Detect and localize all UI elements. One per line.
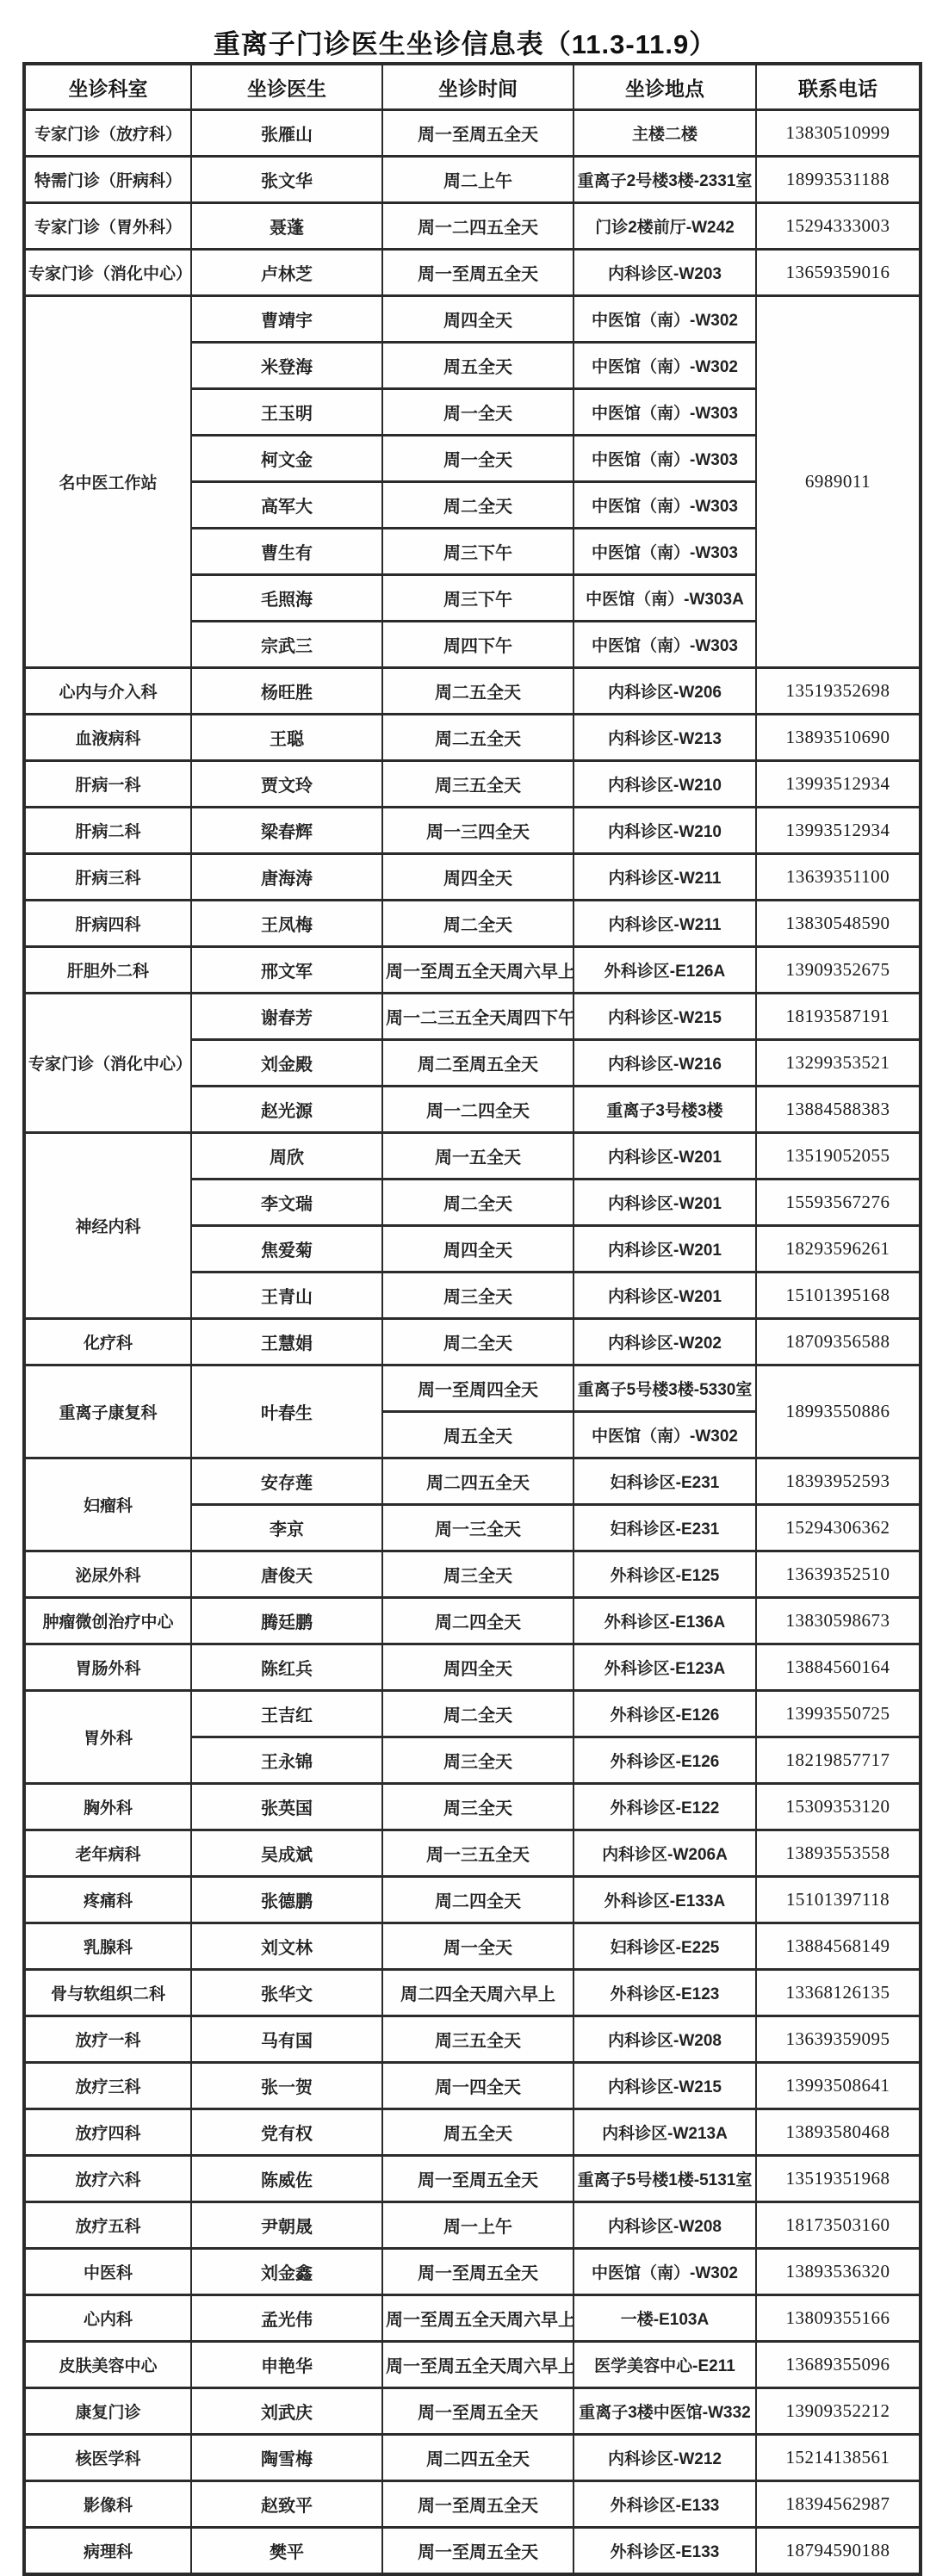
dept-cell: 肝病一科 bbox=[24, 761, 191, 808]
phone-cell: 13830548590 bbox=[756, 901, 921, 947]
header-row: 坐诊科室坐诊医生坐诊时间坐诊地点联系电话 bbox=[24, 64, 921, 110]
dept-cell: 皮肤美容中心 bbox=[24, 2342, 191, 2388]
location-cell: 内科诊区-W201 bbox=[573, 1133, 756, 1180]
phone-cell: 13689355096 bbox=[756, 2342, 921, 2388]
table-row: 化疗科王慧娟周二全天内科诊区-W20218709356588 bbox=[24, 1319, 921, 1365]
phone-cell: 18219857717 bbox=[756, 1737, 921, 1784]
location-cell: 内科诊区-W211 bbox=[573, 854, 756, 901]
table-row: 重离子康复科叶春生周一至周四全天重离子5号楼3楼-5330室1899355088… bbox=[24, 1365, 921, 1412]
time-cell: 周三下午 bbox=[382, 575, 573, 622]
time-cell: 周一二四全天 bbox=[382, 1087, 573, 1133]
time-cell: 周一三全天 bbox=[382, 1505, 573, 1551]
location-cell: 内科诊区-W201 bbox=[573, 1226, 756, 1273]
dept-cell: 放疗五科 bbox=[24, 2202, 191, 2249]
time-cell: 周二全天 bbox=[382, 482, 573, 529]
doctor-cell: 王聪 bbox=[191, 715, 382, 761]
phone-cell: 13993512934 bbox=[756, 761, 921, 808]
doctor-cell: 刘文林 bbox=[191, 1923, 382, 1970]
doctor-cell: 尹朝晟 bbox=[191, 2202, 382, 2249]
dept-cell: 专家门诊（放疗科） bbox=[24, 110, 191, 157]
phone-cell: 13368126135 bbox=[756, 1970, 921, 2016]
dept-cell: 胸外科 bbox=[24, 1784, 191, 1830]
column-header-phone: 联系电话 bbox=[756, 64, 921, 110]
table-row: 专家门诊（胃外科）聂蓬周一二四五全天门诊2楼前厅-W24215294333003 bbox=[24, 203, 921, 250]
phone-cell: 13884560164 bbox=[756, 1644, 921, 1691]
column-header-location: 坐诊地点 bbox=[573, 64, 756, 110]
dept-cell: 泌尿外科 bbox=[24, 1551, 191, 1598]
table-row: 胸外科张英国周三全天外科诊区-E12215309353120 bbox=[24, 1784, 921, 1830]
phone-cell: 13884568149 bbox=[756, 1923, 921, 1970]
time-cell: 周二全天 bbox=[382, 1319, 573, 1365]
table-row: 疼痛科张德鹏周二四全天外科诊区-E133A15101397118 bbox=[24, 1877, 921, 1923]
dept-cell: 肝病二科 bbox=[24, 808, 191, 854]
table-row: 放疗三科张一贺周一四全天内科诊区-W21513993508641 bbox=[24, 2063, 921, 2109]
table-row: 名中医工作站曹靖宇周四全天中医馆（南）-W3026989011 bbox=[24, 296, 921, 343]
location-cell: 内科诊区-W208 bbox=[573, 2016, 756, 2063]
page: { "title": "重离子门诊医生坐诊信息表（11.3-11.9）", "t… bbox=[0, 0, 930, 2576]
doctor-cell: 樊平 bbox=[191, 2528, 382, 2575]
phone-cell: 13993508641 bbox=[756, 2063, 921, 2109]
location-cell: 内科诊区-W210 bbox=[573, 761, 756, 808]
doctor-cell: 王慧娟 bbox=[191, 1319, 382, 1365]
dept-cell: 肿瘤微创治疗中心 bbox=[24, 1598, 191, 1644]
time-cell: 周二全天 bbox=[382, 1180, 573, 1226]
doctor-cell: 唐俊天 bbox=[191, 1551, 382, 1598]
table-row: 皮肤美容中心申艳华周一至周五全天周六早上医学美容中心-E211136893550… bbox=[24, 2342, 921, 2388]
dept-cell: 肝病四科 bbox=[24, 901, 191, 947]
table-row: 老年病科吴成斌周一三五全天内科诊区-W206A13893553558 bbox=[24, 1830, 921, 1877]
time-cell: 周一四全天 bbox=[382, 2063, 573, 2109]
doctor-cell: 柯文金 bbox=[191, 436, 382, 482]
doctor-cell: 曹靖宇 bbox=[191, 296, 382, 343]
phone-cell: 18394562987 bbox=[756, 2481, 921, 2528]
phone-cell: 15294333003 bbox=[756, 203, 921, 250]
table-row: 肝病二科梁春辉周一三四全天内科诊区-W21013993512934 bbox=[24, 808, 921, 854]
time-cell: 周一至周五全天 bbox=[382, 2388, 573, 2435]
doctor-cell: 安存莲 bbox=[191, 1458, 382, 1505]
time-cell: 周一二三五全天周四下午 bbox=[382, 994, 573, 1040]
table-row: 特需门诊（肝病科）张文华周二上午重离子2号楼3楼-2331室1899353118… bbox=[24, 157, 921, 203]
dept-cell: 中医科 bbox=[24, 2249, 191, 2295]
doctor-cell: 陈红兵 bbox=[191, 1644, 382, 1691]
dept-cell: 胃外科 bbox=[24, 1691, 191, 1784]
location-cell: 中医馆（南）-W303 bbox=[573, 482, 756, 529]
dept-cell: 专家门诊（消化中心） bbox=[24, 250, 191, 296]
time-cell: 周一全天 bbox=[382, 389, 573, 436]
phone-cell: 13639359095 bbox=[756, 2016, 921, 2063]
column-header-dept: 坐诊科室 bbox=[24, 64, 191, 110]
location-cell: 外科诊区-E133A bbox=[573, 1877, 756, 1923]
doctor-cell: 叶春生 bbox=[191, 1365, 382, 1458]
dept-cell: 神经内科 bbox=[24, 1133, 191, 1319]
phone-cell: 13893580468 bbox=[756, 2109, 921, 2156]
doctor-cell: 张英国 bbox=[191, 1784, 382, 1830]
column-header-time: 坐诊时间 bbox=[382, 64, 573, 110]
dept-cell: 核医学科 bbox=[24, 2435, 191, 2481]
dept-cell: 血液病科 bbox=[24, 715, 191, 761]
location-cell: 医学美容中心-E211 bbox=[573, 2342, 756, 2388]
table-row: 肝胆外二科邢文军周一至周五全天周六早上外科诊区-E126A13909352675 bbox=[24, 947, 921, 994]
phone-cell: 13809355166 bbox=[756, 2295, 921, 2342]
time-cell: 周二四全天 bbox=[382, 1877, 573, 1923]
doctor-cell: 唐海涛 bbox=[191, 854, 382, 901]
phone-cell: 6989011 bbox=[756, 296, 921, 668]
location-cell: 内科诊区-W208 bbox=[573, 2202, 756, 2249]
doctor-cell: 张德鹏 bbox=[191, 1877, 382, 1923]
time-cell: 周二五全天 bbox=[382, 668, 573, 715]
time-cell: 周一全天 bbox=[382, 436, 573, 482]
table-row: 心内科孟光伟周一至周五全天周六早上一楼-E103A13809355166 bbox=[24, 2295, 921, 2342]
phone-cell: 13893536320 bbox=[756, 2249, 921, 2295]
table-row: 核医学科陶雪梅周二四五全天内科诊区-W21215214138561 bbox=[24, 2435, 921, 2481]
location-cell: 中医馆（南）-W303 bbox=[573, 389, 756, 436]
doctor-cell: 马有国 bbox=[191, 2016, 382, 2063]
dept-cell: 疼痛科 bbox=[24, 1877, 191, 1923]
table-row: 肝病四科王凤梅周二全天内科诊区-W21113830548590 bbox=[24, 901, 921, 947]
phone-cell: 18993550886 bbox=[756, 1365, 921, 1458]
column-header-doctor: 坐诊医生 bbox=[191, 64, 382, 110]
time-cell: 周二四五全天 bbox=[382, 1458, 573, 1505]
location-cell: 外科诊区-E123 bbox=[573, 1970, 756, 2016]
doctor-cell: 宗武三 bbox=[191, 622, 382, 668]
dept-cell: 重离子康复科 bbox=[24, 1365, 191, 1458]
time-cell: 周一三五全天 bbox=[382, 1830, 573, 1877]
dept-cell: 特需门诊（肝病科） bbox=[24, 157, 191, 203]
doctor-cell: 陈威佐 bbox=[191, 2156, 382, 2202]
time-cell: 周四全天 bbox=[382, 1226, 573, 1273]
table-row: 妇瘤科安存莲周二四五全天妇科诊区-E23118393952593 bbox=[24, 1458, 921, 1505]
phone-cell: 15101397118 bbox=[756, 1877, 921, 1923]
table-row: 肝病一科贾文玲周三五全天内科诊区-W21013993512934 bbox=[24, 761, 921, 808]
location-cell: 一楼-E103A bbox=[573, 2295, 756, 2342]
location-cell: 内科诊区-W215 bbox=[573, 994, 756, 1040]
dept-cell: 肝胆外二科 bbox=[24, 947, 191, 994]
phone-cell: 13909352212 bbox=[756, 2388, 921, 2435]
table-row: 康复门诊刘武庆周一至周五全天重离子3楼中医馆-W33213909352212 bbox=[24, 2388, 921, 2435]
phone-cell: 15294306362 bbox=[756, 1505, 921, 1551]
doctor-cell: 张文华 bbox=[191, 157, 382, 203]
doctor-cell: 焦爱菊 bbox=[191, 1226, 382, 1273]
location-cell: 内科诊区-W212 bbox=[573, 2435, 756, 2481]
doctor-cell: 高军大 bbox=[191, 482, 382, 529]
table-row: 骨与软组织二科张华文周二四全天周六早上外科诊区-E12313368126135 bbox=[24, 1970, 921, 2016]
phone-cell: 13639352510 bbox=[756, 1551, 921, 1598]
location-cell: 重离子3楼中医馆-W332 bbox=[573, 2388, 756, 2435]
phone-cell: 15309353120 bbox=[756, 1784, 921, 1830]
table-row: 专家门诊（放疗科）张雁山周一至周五全天主楼二楼13830510999 bbox=[24, 110, 921, 157]
time-cell: 周二上午 bbox=[382, 157, 573, 203]
table-row: 血液病科王聪周二五全天内科诊区-W21313893510690 bbox=[24, 715, 921, 761]
doctor-cell: 刘金殿 bbox=[191, 1040, 382, 1087]
table-body: 专家门诊（放疗科）张雁山周一至周五全天主楼二楼13830510999特需门诊（肝… bbox=[24, 110, 921, 2575]
phone-cell: 18993531188 bbox=[756, 157, 921, 203]
time-cell: 周三全天 bbox=[382, 1273, 573, 1319]
doctor-cell: 周欣 bbox=[191, 1133, 382, 1180]
doctor-cell: 聂蓬 bbox=[191, 203, 382, 250]
doctor-cell: 贾文玲 bbox=[191, 761, 382, 808]
dept-cell: 老年病科 bbox=[24, 1830, 191, 1877]
time-cell: 周三全天 bbox=[382, 1784, 573, 1830]
dept-cell: 胃肠外科 bbox=[24, 1644, 191, 1691]
doctor-cell: 吴成斌 bbox=[191, 1830, 382, 1877]
phone-cell: 13830598673 bbox=[756, 1598, 921, 1644]
dept-cell: 专家门诊（胃外科） bbox=[24, 203, 191, 250]
location-cell: 外科诊区-E133 bbox=[573, 2481, 756, 2528]
time-cell: 周四全天 bbox=[382, 296, 573, 343]
location-cell: 内科诊区-W213A bbox=[573, 2109, 756, 2156]
dept-cell: 专家门诊（消化中心） bbox=[24, 994, 191, 1133]
dept-cell: 放疗六科 bbox=[24, 2156, 191, 2202]
doctor-cell: 梁春辉 bbox=[191, 808, 382, 854]
location-cell: 中医馆（南）-W302 bbox=[573, 296, 756, 343]
table-row: 泌尿外科唐俊天周三全天外科诊区-E12513639352510 bbox=[24, 1551, 921, 1598]
location-cell: 中医馆（南）-W303 bbox=[573, 622, 756, 668]
location-cell: 内科诊区-W211 bbox=[573, 901, 756, 947]
location-cell: 中医馆（南）-W302 bbox=[573, 1412, 756, 1458]
dept-cell: 肝病三科 bbox=[24, 854, 191, 901]
dept-cell: 放疗四科 bbox=[24, 2109, 191, 2156]
doctor-cell: 李文瑞 bbox=[191, 1180, 382, 1226]
time-cell: 周三五全天 bbox=[382, 2016, 573, 2063]
time-cell: 周一至周五全天 bbox=[382, 2481, 573, 2528]
phone-cell: 15214138561 bbox=[756, 2435, 921, 2481]
dept-cell: 病理科 bbox=[24, 2528, 191, 2575]
table-row: 专家门诊（消化中心）卢林芝周一至周五全天内科诊区-W20313659359016 bbox=[24, 250, 921, 296]
time-cell: 周一五全天 bbox=[382, 1133, 573, 1180]
time-cell: 周一至周五全天 bbox=[382, 110, 573, 157]
location-cell: 重离子2号楼3楼-2331室 bbox=[573, 157, 756, 203]
location-cell: 外科诊区-E126 bbox=[573, 1737, 756, 1784]
location-cell: 内科诊区-W210 bbox=[573, 808, 756, 854]
location-cell: 内科诊区-W202 bbox=[573, 1319, 756, 1365]
time-cell: 周一二四五全天 bbox=[382, 203, 573, 250]
time-cell: 周二全天 bbox=[382, 1691, 573, 1737]
phone-cell: 15101395168 bbox=[756, 1273, 921, 1319]
schedule-table: 坐诊科室坐诊医生坐诊时间坐诊地点联系电话 专家门诊（放疗科）张雁山周一至周五全天… bbox=[22, 62, 922, 2576]
time-cell: 周一至周五全天周六早上 bbox=[382, 2342, 573, 2388]
dept-cell: 妇瘤科 bbox=[24, 1458, 191, 1551]
dept-cell: 心内与介入科 bbox=[24, 668, 191, 715]
location-cell: 外科诊区-E126 bbox=[573, 1691, 756, 1737]
dept-cell: 影像科 bbox=[24, 2481, 191, 2528]
phone-cell: 13519351968 bbox=[756, 2156, 921, 2202]
location-cell: 内科诊区-W203 bbox=[573, 250, 756, 296]
location-cell: 中医馆（南）-W303 bbox=[573, 529, 756, 575]
phone-cell: 13884588383 bbox=[756, 1087, 921, 1133]
phone-cell: 18173503160 bbox=[756, 2202, 921, 2249]
dept-cell: 骨与软组织二科 bbox=[24, 1970, 191, 2016]
time-cell: 周二五全天 bbox=[382, 715, 573, 761]
location-cell: 重离子5号楼3楼-5330室 bbox=[573, 1365, 756, 1412]
time-cell: 周一上午 bbox=[382, 2202, 573, 2249]
time-cell: 周一至周五全天 bbox=[382, 2528, 573, 2575]
time-cell: 周三五全天 bbox=[382, 761, 573, 808]
time-cell: 周三全天 bbox=[382, 1737, 573, 1784]
dept-cell: 放疗一科 bbox=[24, 2016, 191, 2063]
phone-cell: 13993512934 bbox=[756, 808, 921, 854]
doctor-cell: 刘金鑫 bbox=[191, 2249, 382, 2295]
table-row: 放疗六科陈威佐周一至周五全天重离子5号楼1楼-5131室13519351968 bbox=[24, 2156, 921, 2202]
phone-cell: 13909352675 bbox=[756, 947, 921, 994]
phone-cell: 13299353521 bbox=[756, 1040, 921, 1087]
time-cell: 周一三四全天 bbox=[382, 808, 573, 854]
doctor-cell: 腾廷鹏 bbox=[191, 1598, 382, 1644]
time-cell: 周一至周五全天周六早上 bbox=[382, 947, 573, 994]
table-row: 影像科赵致平周一至周五全天外科诊区-E13318394562987 bbox=[24, 2481, 921, 2528]
phone-cell: 18293596261 bbox=[756, 1226, 921, 1273]
location-cell: 外科诊区-E133 bbox=[573, 2528, 756, 2575]
location-cell: 重离子3号楼3楼 bbox=[573, 1087, 756, 1133]
table-row: 胃外科王吉红周二全天外科诊区-E12613993550725 bbox=[24, 1691, 921, 1737]
time-cell: 周一全天 bbox=[382, 1923, 573, 1970]
page-title: 重离子门诊医生坐诊信息表（11.3-11.9） bbox=[0, 0, 930, 62]
location-cell: 中医馆（南）-W303 bbox=[573, 436, 756, 482]
time-cell: 周二至周五全天 bbox=[382, 1040, 573, 1087]
doctor-cell: 党有权 bbox=[191, 2109, 382, 2156]
location-cell: 内科诊区-W201 bbox=[573, 1273, 756, 1319]
table-row: 专家门诊（消化中心）谢春芳周一二三五全天周四下午内科诊区-W2151819358… bbox=[24, 994, 921, 1040]
time-cell: 周五全天 bbox=[382, 343, 573, 389]
doctor-cell: 张雁山 bbox=[191, 110, 382, 157]
location-cell: 中医馆（南）-W302 bbox=[573, 343, 756, 389]
doctor-cell: 张一贺 bbox=[191, 2063, 382, 2109]
location-cell: 中医馆（南）-W303A bbox=[573, 575, 756, 622]
doctor-cell: 刘武庆 bbox=[191, 2388, 382, 2435]
time-cell: 周四下午 bbox=[382, 622, 573, 668]
phone-cell: 18794590188 bbox=[756, 2528, 921, 2575]
table-row: 乳腺科刘文林周一全天妇科诊区-E22513884568149 bbox=[24, 1923, 921, 1970]
location-cell: 外科诊区-E136A bbox=[573, 1598, 756, 1644]
table-row: 心内与介入科杨旺胜周二五全天内科诊区-W20613519352698 bbox=[24, 668, 921, 715]
phone-cell: 18193587191 bbox=[756, 994, 921, 1040]
doctor-cell: 李京 bbox=[191, 1505, 382, 1551]
table-row: 病理科樊平周一至周五全天外科诊区-E13318794590188 bbox=[24, 2528, 921, 2575]
time-cell: 周三全天 bbox=[382, 1551, 573, 1598]
dept-cell: 乳腺科 bbox=[24, 1923, 191, 1970]
doctor-cell: 米登海 bbox=[191, 343, 382, 389]
phone-cell: 13519352698 bbox=[756, 668, 921, 715]
table-row: 放疗一科马有国周三五全天内科诊区-W20813639359095 bbox=[24, 2016, 921, 2063]
dept-cell: 化疗科 bbox=[24, 1319, 191, 1365]
time-cell: 周四全天 bbox=[382, 1644, 573, 1691]
phone-cell: 13639351100 bbox=[756, 854, 921, 901]
time-cell: 周二四全天 bbox=[382, 1598, 573, 1644]
time-cell: 周一至周五全天 bbox=[382, 2249, 573, 2295]
doctor-cell: 王永锦 bbox=[191, 1737, 382, 1784]
phone-cell: 13659359016 bbox=[756, 250, 921, 296]
doctor-cell: 王吉红 bbox=[191, 1691, 382, 1737]
table-row: 肿瘤微创治疗中心腾廷鹏周二四全天外科诊区-E136A13830598673 bbox=[24, 1598, 921, 1644]
doctor-cell: 邢文军 bbox=[191, 947, 382, 994]
time-cell: 周五全天 bbox=[382, 2109, 573, 2156]
doctor-cell: 申艳华 bbox=[191, 2342, 382, 2388]
table-row: 中医科刘金鑫周一至周五全天中医馆（南）-W30213893536320 bbox=[24, 2249, 921, 2295]
dept-cell: 康复门诊 bbox=[24, 2388, 191, 2435]
table-row: 放疗四科党有权周五全天内科诊区-W213A13893580468 bbox=[24, 2109, 921, 2156]
location-cell: 重离子5号楼1楼-5131室 bbox=[573, 2156, 756, 2202]
location-cell: 外科诊区-E125 bbox=[573, 1551, 756, 1598]
phone-cell: 13993550725 bbox=[756, 1691, 921, 1737]
phone-cell: 13893510690 bbox=[756, 715, 921, 761]
time-cell: 周三下午 bbox=[382, 529, 573, 575]
doctor-cell: 王玉明 bbox=[191, 389, 382, 436]
doctor-cell: 陶雪梅 bbox=[191, 2435, 382, 2481]
table-row: 胃肠外科陈红兵周四全天外科诊区-E123A13884560164 bbox=[24, 1644, 921, 1691]
location-cell: 外科诊区-E126A bbox=[573, 947, 756, 994]
doctor-cell: 毛照海 bbox=[191, 575, 382, 622]
table-row: 肝病三科唐海涛周四全天内科诊区-W21113639351100 bbox=[24, 854, 921, 901]
time-cell: 周二全天 bbox=[382, 901, 573, 947]
location-cell: 内科诊区-W216 bbox=[573, 1040, 756, 1087]
location-cell: 中医馆（南）-W302 bbox=[573, 2249, 756, 2295]
doctor-cell: 王青山 bbox=[191, 1273, 382, 1319]
location-cell: 外科诊区-E122 bbox=[573, 1784, 756, 1830]
location-cell: 外科诊区-E123A bbox=[573, 1644, 756, 1691]
phone-cell: 18393952593 bbox=[756, 1458, 921, 1505]
doctor-cell: 卢林芝 bbox=[191, 250, 382, 296]
time-cell: 周二四全天周六早上 bbox=[382, 1970, 573, 2016]
doctor-cell: 曹生有 bbox=[191, 529, 382, 575]
time-cell: 周一至周四全天 bbox=[382, 1365, 573, 1412]
time-cell: 周四全天 bbox=[382, 854, 573, 901]
doctor-cell: 杨旺胜 bbox=[191, 668, 382, 715]
phone-cell: 13519052055 bbox=[756, 1133, 921, 1180]
time-cell: 周一至周五全天 bbox=[382, 2156, 573, 2202]
phone-cell: 15593567276 bbox=[756, 1180, 921, 1226]
table-row: 神经内科周欣周一五全天内科诊区-W20113519052055 bbox=[24, 1133, 921, 1180]
dept-cell: 名中医工作站 bbox=[24, 296, 191, 668]
location-cell: 妇科诊区-E231 bbox=[573, 1505, 756, 1551]
time-cell: 周一至周五全天 bbox=[382, 250, 573, 296]
phone-cell: 18709356588 bbox=[756, 1319, 921, 1365]
location-cell: 门诊2楼前厅-W242 bbox=[573, 203, 756, 250]
doctor-cell: 谢春芳 bbox=[191, 994, 382, 1040]
location-cell: 主楼二楼 bbox=[573, 110, 756, 157]
time-cell: 周二四五全天 bbox=[382, 2435, 573, 2481]
phone-cell: 13893553558 bbox=[756, 1830, 921, 1877]
location-cell: 妇科诊区-E231 bbox=[573, 1458, 756, 1505]
location-cell: 内科诊区-W206A bbox=[573, 1830, 756, 1877]
phone-cell: 13830510999 bbox=[756, 110, 921, 157]
time-cell: 周一至周五全天周六早上 bbox=[382, 2295, 573, 2342]
doctor-cell: 王凤梅 bbox=[191, 901, 382, 947]
location-cell: 妇科诊区-E225 bbox=[573, 1923, 756, 1970]
doctor-cell: 张华文 bbox=[191, 1970, 382, 2016]
location-cell: 内科诊区-W215 bbox=[573, 2063, 756, 2109]
location-cell: 内科诊区-W201 bbox=[573, 1180, 756, 1226]
dept-cell: 放疗三科 bbox=[24, 2063, 191, 2109]
location-cell: 内科诊区-W206 bbox=[573, 668, 756, 715]
doctor-cell: 赵致平 bbox=[191, 2481, 382, 2528]
table-header-row: 坐诊科室坐诊医生坐诊时间坐诊地点联系电话 bbox=[24, 64, 921, 110]
doctor-cell: 孟光伟 bbox=[191, 2295, 382, 2342]
table-row: 放疗五科尹朝晟周一上午内科诊区-W20818173503160 bbox=[24, 2202, 921, 2249]
doctor-cell: 赵光源 bbox=[191, 1087, 382, 1133]
time-cell: 周五全天 bbox=[382, 1412, 573, 1458]
location-cell: 内科诊区-W213 bbox=[573, 715, 756, 761]
dept-cell: 心内科 bbox=[24, 2295, 191, 2342]
